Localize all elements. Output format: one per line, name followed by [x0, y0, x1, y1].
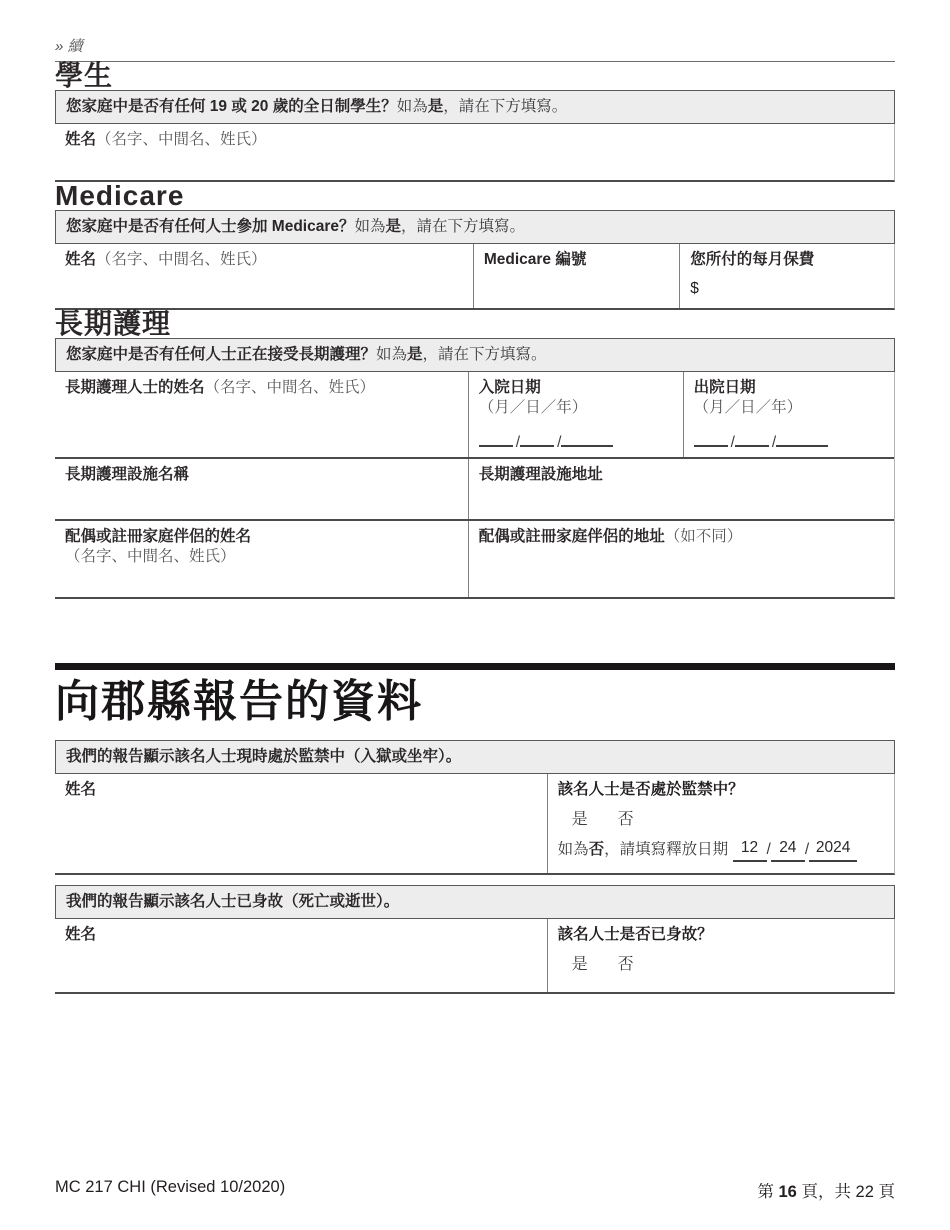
medicare-section-heading: Medicare: [55, 182, 895, 210]
incarceration-yes-option[interactable]: 是: [572, 810, 588, 830]
ltc-spouse-name-label: 配偶或註冊家庭伴侶的姓名: [65, 527, 458, 547]
page-label-pre: 第: [757, 1183, 774, 1201]
release-date-line: 如為否，請填寫釋放日期 12/24/2024: [558, 840, 884, 864]
medicare-name-label: 姓名: [65, 251, 96, 268]
ltc-spouse-address-hint: （如不同）: [665, 528, 743, 545]
medicare-question-bar: 您家庭中是否有任何人士參加 Medicare？如為是，請在下方填寫。: [55, 210, 895, 244]
ltc-question-bar: 您家庭中是否有任何人士正在接受長期護理？如為是，請在下方填寫。: [55, 338, 895, 372]
admit-year-blank[interactable]: [561, 431, 613, 447]
ltc-question-if: 如為: [376, 346, 407, 363]
ltc-facility-name-field[interactable]: 長期護理設施名稱: [55, 459, 468, 519]
medicare-premium-field[interactable]: 您所付的每月保費$: [679, 244, 894, 308]
incarceration-statement: 我們的報告顯示該名人士現時處於監禁中（入獄或坐牢）。: [66, 748, 461, 765]
release-no: 否: [589, 841, 605, 858]
page-indicator: 第 16 頁，共 22 頁: [757, 1178, 895, 1202]
incarceration-name-field[interactable]: 姓名: [55, 774, 547, 873]
continued-marker: » 續: [55, 38, 895, 56]
students-question-if: 如為: [397, 98, 428, 115]
table-row: 姓名 該名人士是否已身故？ 是否: [55, 919, 894, 992]
ltc-facility-address-field[interactable]: 長期護理設施地址: [468, 459, 894, 519]
admit-month-blank[interactable]: [479, 431, 513, 447]
release-rest: ，請填寫釋放日期: [604, 841, 728, 858]
ltc-spouse-name-hint: （名字、中間名、姓氏）: [65, 547, 458, 567]
students-section-heading: 學生: [55, 62, 895, 90]
form-page: » 續 學生 您家庭中是否有任何 19 或 20 歲的全日制學生？如為是，請在下…: [0, 0, 950, 994]
release-day-field[interactable]: 24: [771, 838, 805, 862]
admit-day-blank[interactable]: [520, 431, 554, 447]
students-question-main: 您家庭中是否有任何 19 或 20 歲的全日制學生？: [66, 98, 397, 115]
page-number: 16: [779, 1183, 797, 1201]
page-footer: MC 217 CHI (Revised 10/2020) 第 16 頁，共 22…: [55, 1178, 895, 1202]
ltc-person-name-label: 長期護理人士的姓名: [65, 379, 205, 396]
ltc-discharge-date-blanks: //: [694, 431, 884, 453]
medicare-name-field[interactable]: 姓名（名字、中間名、姓氏）: [55, 244, 473, 308]
students-table: 姓名（名字、中間名、姓氏）: [55, 124, 895, 182]
ltc-spouse-address-label: 配偶或註冊家庭伴侶的地址: [479, 528, 665, 545]
deceased-statement-bar: 我們的報告顯示該名人士已身故（死亡或逝世）。: [55, 885, 895, 919]
table-row: 長期護理人士的姓名（名字、中間名、姓氏） 入院日期 （月／日／年） // 出院日…: [55, 372, 894, 457]
table-row: 長期護理設施名稱 長期護理設施地址: [55, 457, 894, 519]
medicare-question-main: 您家庭中是否有任何人士參加 Medicare？: [66, 218, 355, 235]
students-question-bar: 您家庭中是否有任何 19 或 20 歲的全日制學生？如為是，請在下方填寫。: [55, 90, 895, 124]
page-label-post: 頁: [879, 1183, 896, 1201]
deceased-no-option[interactable]: 否: [618, 955, 634, 975]
ltc-discharge-date-hint: （月／日／年）: [694, 398, 884, 418]
table-row: 姓名 該名人士是否處於監禁中？ 是否 如為否，請填寫釋放日期 12/24/202…: [55, 774, 894, 873]
discharge-day-blank[interactable]: [735, 431, 769, 447]
ltc-person-name-field[interactable]: 長期護理人士的姓名（名字、中間名、姓氏）: [55, 372, 468, 457]
incarceration-table: 姓名 該名人士是否處於監禁中？ 是否 如為否，請填寫釋放日期 12/24/202…: [55, 774, 895, 875]
ltc-admit-date-blanks: //: [479, 431, 673, 453]
ltc-question-rest: ，請在下方填寫。: [423, 346, 547, 363]
medicare-table: 姓名（名字、中間名、姓氏） Medicare 編號 您所付的每月保費$: [55, 244, 895, 310]
ltc-table: 長期護理人士的姓名（名字、中間名、姓氏） 入院日期 （月／日／年） // 出院日…: [55, 372, 895, 599]
county-section-heading: 向郡縣報告的資料: [55, 679, 895, 725]
deceased-question: 該名人士是否已身故？: [558, 925, 884, 945]
discharge-month-blank[interactable]: [694, 431, 728, 447]
ltc-question-main: 您家庭中是否有任何人士正在接受長期護理？: [66, 346, 376, 363]
ltc-spouse-name-field[interactable]: 配偶或註冊家庭伴侶的姓名（名字、中間名、姓氏）: [55, 521, 468, 597]
medicare-question-yes: 是: [386, 218, 402, 235]
currency-symbol: $: [690, 279, 884, 299]
ltc-admit-date-label: 入院日期: [479, 378, 673, 398]
ltc-discharge-date-field[interactable]: 出院日期 （月／日／年） //: [683, 372, 894, 457]
incarceration-statement-bar: 我們的報告顯示該名人士現時處於監禁中（入獄或坐牢）。: [55, 740, 895, 774]
deceased-yes-option[interactable]: 是: [572, 955, 588, 975]
deceased-name-label: 姓名: [65, 926, 96, 943]
release-year-field[interactable]: 2024: [809, 838, 857, 862]
incarceration-name-label: 姓名: [65, 781, 96, 798]
ltc-admit-date-field[interactable]: 入院日期 （月／日／年） //: [468, 372, 683, 457]
release-month-field[interactable]: 12: [733, 838, 767, 862]
ltc-section-heading: 長期護理: [55, 310, 895, 338]
medicare-premium-label: 您所付的每月保費: [690, 251, 814, 268]
page-label-mid: 頁，共: [801, 1183, 851, 1201]
deceased-statement: 我們的報告顯示該名人士已身故（死亡或逝世）。: [66, 893, 399, 910]
student-name-field[interactable]: 姓名（名字、中間名、姓氏）: [55, 124, 894, 180]
deceased-question-cell: 該名人士是否已身故？ 是否: [547, 919, 894, 992]
student-name-label: 姓名: [65, 131, 96, 148]
deceased-table: 姓名 該名人士是否已身故？ 是否: [55, 919, 895, 994]
incarceration-no-option[interactable]: 否: [618, 810, 634, 830]
medicare-number-label: Medicare 編號: [484, 251, 587, 268]
medicare-question-if: 如為: [355, 218, 386, 235]
incarceration-question: 該名人士是否處於監禁中？: [558, 780, 884, 800]
ltc-spouse-address-field[interactable]: 配偶或註冊家庭伴侶的地址（如不同）: [468, 521, 894, 597]
incarceration-yes-no: 是否: [572, 810, 884, 830]
deceased-name-field[interactable]: 姓名: [55, 919, 547, 992]
ltc-facility-address-label: 長期護理設施地址: [479, 466, 603, 483]
students-question-yes: 是: [428, 98, 444, 115]
medicare-question-rest: ，請在下方填寫。: [401, 218, 525, 235]
ltc-question-yes: 是: [407, 346, 423, 363]
form-id: MC 217 CHI (Revised 10/2020): [55, 1178, 285, 1202]
total-pages: 22: [856, 1183, 874, 1201]
ltc-admit-date-hint: （月／日／年）: [479, 398, 673, 418]
incarceration-question-cell: 該名人士是否處於監禁中？ 是否 如為否，請填寫釋放日期 12/24/2024: [547, 774, 894, 873]
table-row: 姓名（名字、中間名、姓氏）: [55, 124, 894, 180]
ltc-facility-name-label: 長期護理設施名稱: [65, 466, 189, 483]
deceased-yes-no: 是否: [572, 955, 884, 975]
medicare-number-field[interactable]: Medicare 編號: [473, 244, 679, 308]
release-if: 如為: [558, 841, 589, 858]
discharge-year-blank[interactable]: [776, 431, 828, 447]
table-row: 姓名（名字、中間名、姓氏） Medicare 編號 您所付的每月保費$: [55, 244, 894, 308]
medicare-name-hint: （名字、中間名、姓氏）: [96, 251, 267, 268]
ltc-person-name-hint: （名字、中間名、姓氏）: [205, 379, 376, 396]
ltc-discharge-date-label: 出院日期: [694, 378, 884, 398]
table-row: 配偶或註冊家庭伴侶的姓名（名字、中間名、姓氏） 配偶或註冊家庭伴侶的地址（如不同…: [55, 519, 894, 597]
students-question-rest: ，請在下方填寫。: [443, 98, 567, 115]
section-divider-bar: [55, 663, 895, 670]
student-name-hint: （名字、中間名、姓氏）: [96, 131, 267, 148]
